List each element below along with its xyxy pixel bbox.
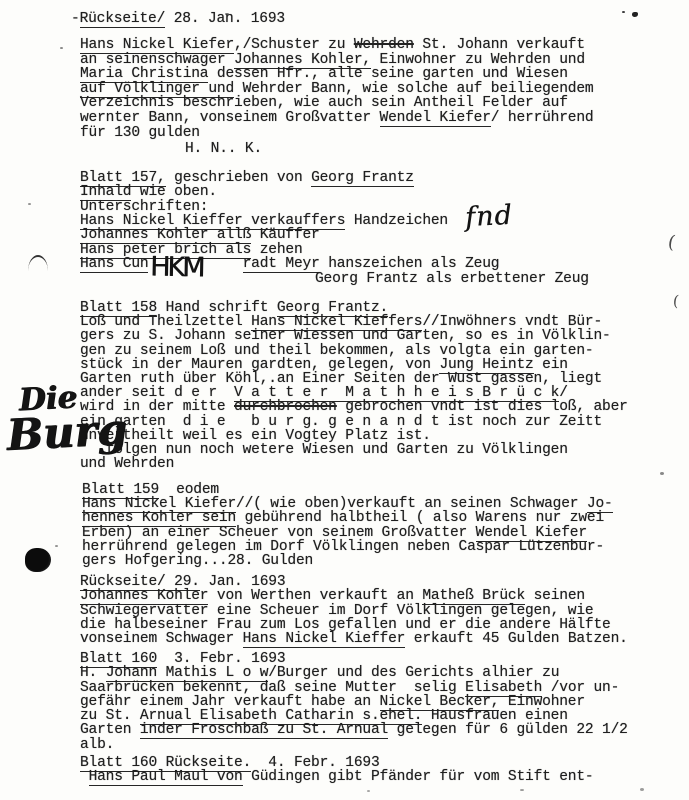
text-line: Maria Christina dessen Hfr., alle seine … [80, 67, 593, 82]
section-initials: H. N.. K. [185, 142, 262, 157]
section-blatt-160: Blatt 160 3. Febr. 1693H. Johann Mathis … [80, 652, 628, 752]
underlined-text: Wendel Kiefer [380, 110, 491, 127]
text-line: an seinenschwager Johannes Kohler, Einwo… [80, 53, 593, 68]
margin-note-line2: Burg [6, 410, 128, 457]
text-line: unvertheilt weil es ein Vogtey Platz ist… [80, 429, 628, 443]
text-line: und Wehrden [80, 457, 628, 471]
struck-text: Wehrden [354, 37, 414, 53]
text-line: gers zu S. Johann seiner Wiessen und Gar… [80, 329, 628, 343]
section-rueckseite-28-body: Hans Nickel Kiefer,/Schuster zu Wehrden … [80, 38, 593, 140]
text-segment: H. N.. K. [185, 141, 262, 157]
ink-speck [225, 13, 229, 15]
text-line: stück in der Mauren gardten, gelegen, vo… [80, 358, 628, 372]
underlined-text: Georg Frantz [311, 170, 414, 187]
text-segment: St. Johann verkauft [414, 37, 585, 53]
stray-paren-mark: ( [666, 232, 677, 254]
section-rueckseite-28-heading: -Rückseite/ 28. Jan. 1693 [71, 12, 285, 27]
text-line: vonseinem Schwager Hans Nickel Kieffer e… [80, 632, 628, 646]
text-line: Schwiegervatter eine Scheuer im Dorf Völ… [80, 604, 628, 618]
text-segment: Güdingen gibt Pfänder für vom Stift ent- [243, 769, 594, 785]
section-rueckseite-29: Rückseite/ 29. Jan. 1693Johannes Kohler … [80, 575, 628, 646]
text-segment: gelegen für 6 gülden 22 1/2 [388, 722, 628, 738]
text-segment: vonseinem Schwager [80, 631, 243, 647]
ink-speck [660, 472, 664, 475]
ink-speck [640, 788, 644, 791]
text-line: Unterschriften: [80, 200, 499, 214]
text-line: Verzeichnis beschrieben, wie auch sein A… [80, 96, 593, 111]
text-segment [80, 769, 89, 785]
ink-speck [28, 203, 31, 205]
ink-speck [60, 47, 63, 49]
scanned-page: -Rückseite/ 28. Jan. 1693Hans Nickel Kie… [0, 0, 689, 800]
underlined-text: radt Meyr [243, 256, 320, 273]
ink-blot [25, 548, 51, 572]
text-line: für 130 gulden [80, 126, 593, 141]
text-line: -Rückseite/ 28. Jan. 1693 [71, 12, 285, 27]
text-segment: ,/Schuster zu [234, 37, 354, 53]
section-blatt-160-rueckseite: Blatt 160 Rückseite. 4. Febr. 1693 Hans … [80, 756, 593, 785]
section-blatt-157: Blatt 157, geschrieben von Georg FrantzI… [80, 171, 499, 271]
text-segment: Handzeichen [345, 213, 448, 229]
text-line: Saarbrücken bekennt, daß seine Mutter se… [80, 681, 628, 695]
text-line: H. Johann Mathis L o w/Burger und des Ge… [80, 666, 628, 680]
text-segment: gers Hofgering...28. Gulden [82, 553, 313, 569]
text-segment: Georg Frantz als erbettener Zeug [315, 271, 589, 287]
text-line: herrührend gelegen im Dorf Völklingen ne… [82, 540, 613, 554]
text-line: gers Hofgering...28. Gulden [82, 554, 613, 568]
text-segment: erkauft 45 Gulden Batzen. [405, 631, 628, 647]
ink-speck [367, 790, 370, 792]
text-line: alb. [80, 738, 628, 752]
text-line: Georg Frantz als erbettener Zeug [315, 272, 589, 287]
section-blatt-158: Blatt 158 Hand schrift Georg Frantz.Loß … [80, 301, 628, 471]
section-blatt-159: Blatt 159 eodemHans Nickel Kiefer//( wie… [82, 483, 613, 568]
underlined-text: Hans Cun [80, 256, 148, 273]
handwritten-handsign: fnd [464, 200, 513, 233]
underlined-text: inder Froschbaß zu St. Arnual [140, 722, 388, 739]
text-segment: und Wehrden [80, 456, 174, 472]
ink-speck [622, 11, 625, 13]
text-segment: Verzeichnis beschrieben, wie auch sein A… [80, 95, 568, 111]
text-segment: für 130 gulden [80, 125, 200, 141]
text-line: hennes Kohler sein gebührend halbtheil (… [82, 511, 613, 525]
text-line: gen zu seinem Loß und theil bekommen, al… [80, 344, 628, 358]
ink-speck [55, 545, 58, 547]
text-line: ein garten d i e b u r g. g e n a n d t … [80, 415, 628, 429]
underlined-text: Hans Nickel Kieffer [243, 631, 406, 648]
text-line: Garten inder Froschbaß zu St. Arnual gel… [80, 723, 628, 737]
text-segment: dessen Hfr., alle seine garten und Wiese… [208, 66, 567, 82]
text-line: Hans Cun radt Meyr hanszeichen als Zeug [80, 257, 499, 271]
pen-arc-mark [28, 255, 48, 271]
text-segment: alb. [80, 737, 114, 753]
text-line: H. N.. K. [185, 142, 262, 157]
text-line: die halbeseiner Frau zum Los gefallen un… [80, 618, 628, 632]
text-line: Erben) an einer Scheuer von seinem Großv… [82, 526, 613, 540]
text-line: Hans Paul Maul von Güdingen gibt Pfänder… [80, 770, 593, 784]
text-line: Johannes Kohler allß Käuffer [80, 228, 499, 242]
ink-speck [520, 789, 524, 791]
text-segment: - [71, 11, 80, 27]
text-segment: hanszeichen als Zeug [320, 256, 500, 272]
underlined-text: Hans Paul Maul von [89, 769, 243, 786]
text-line: Johannes Kohler von Werthen verkauft an … [80, 589, 628, 603]
text-segment: wernter Bann, vonseinem Großvatter [80, 110, 380, 126]
text-line: wernter Bann, vonseinem Großvatter Wende… [80, 111, 593, 126]
text-segment: / herrührend [491, 110, 594, 126]
handwritten-monogram: HKM [150, 252, 203, 284]
section-witness-line: Georg Frantz als erbettener Zeug [315, 272, 589, 287]
ink-speck [632, 12, 638, 17]
underlined-text: Rückseite/ [80, 11, 166, 28]
handwritten-margin-note: Die Burg [4, 381, 128, 457]
stray-paren-mark: ( [672, 292, 680, 311]
text-line: Hans peter brich als zehen [80, 243, 499, 257]
text-line: wird in der mitte durchbrochen gebrochen… [80, 400, 628, 414]
text-line: Hans Nickel Kiefer,/Schuster zu Wehrden … [80, 38, 593, 53]
text-line: Inhald wie oben. [80, 185, 499, 199]
